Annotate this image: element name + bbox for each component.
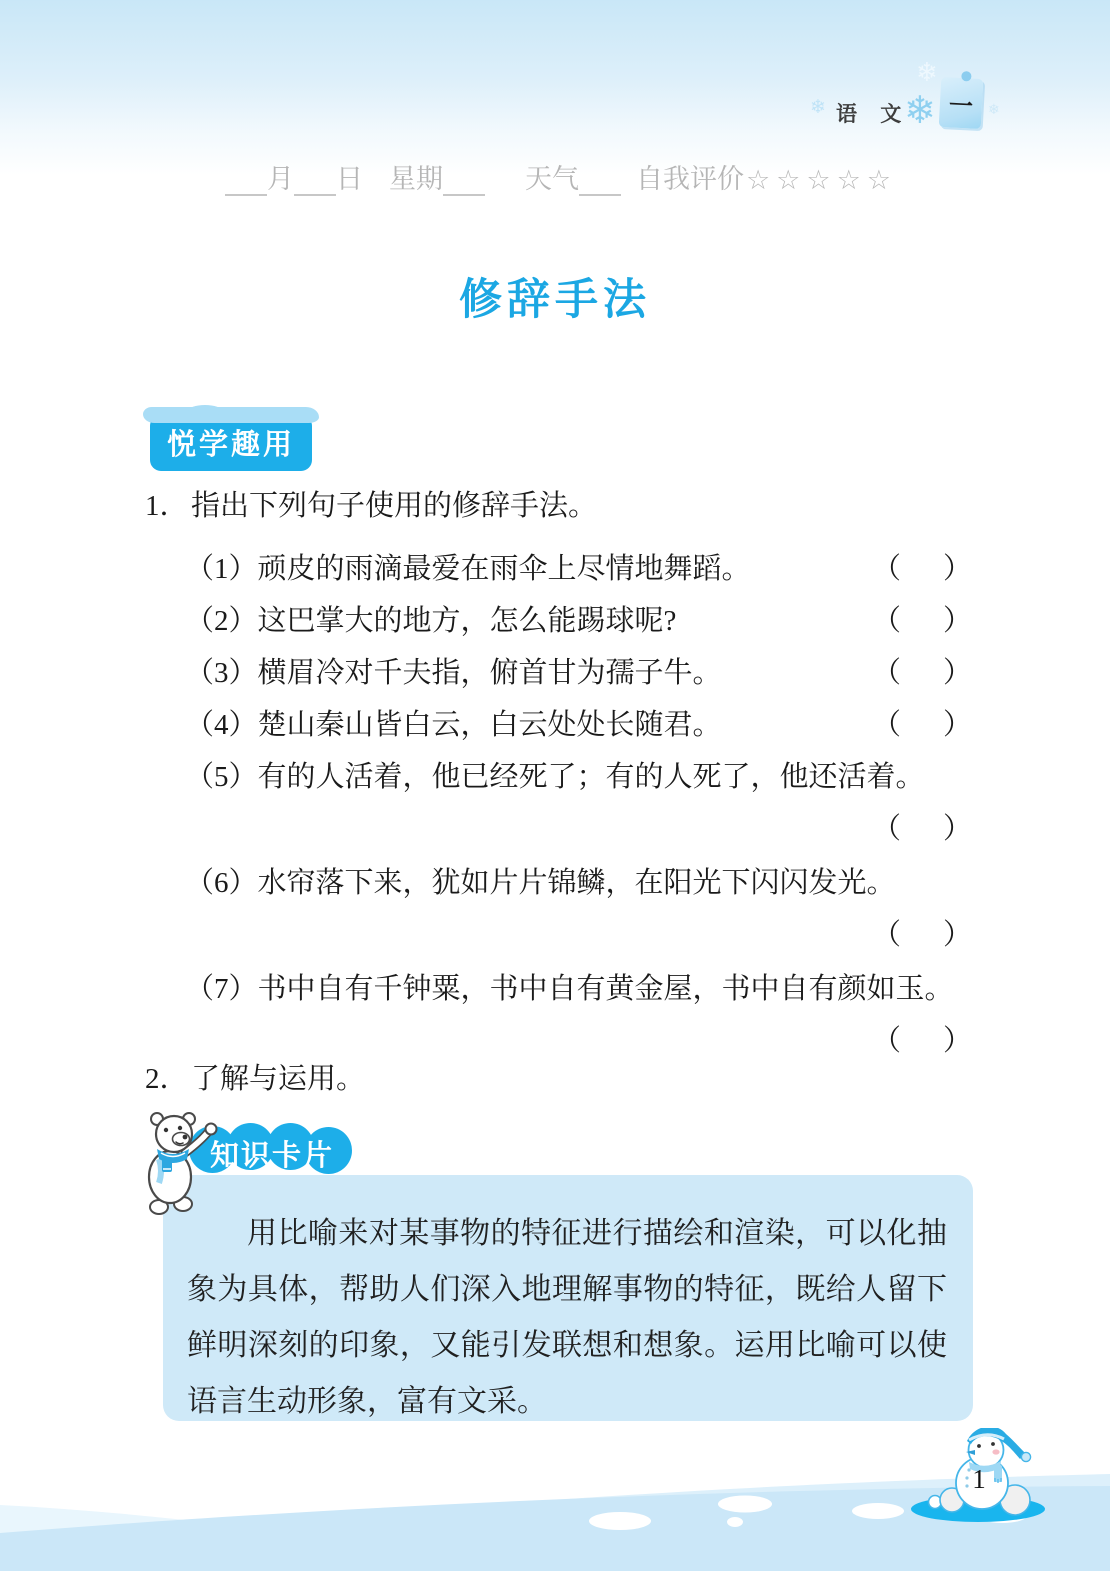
exercise-item: （5） 有的人活着，他已经死了；有的人死了，他还活着。: [185, 759, 972, 796]
page-title: 修辞手法: [0, 266, 1110, 327]
item-label: （2）: [185, 603, 258, 640]
close-paren: ）: [943, 551, 972, 588]
answer-blank: （）: [872, 655, 972, 692]
close-paren: ）: [943, 917, 972, 954]
open-paren: （: [872, 811, 901, 848]
question-prompt: 指出下列句子使用的修辞手法。: [191, 483, 597, 524]
item-label: （6）: [185, 865, 258, 902]
exercise-item: （6） 水帘落下来，犹如片片锦鳞，在阳光下闪闪发光。: [185, 865, 972, 902]
answer-blank: （）: [872, 603, 972, 640]
subject-label: 语 文: [836, 98, 910, 128]
close-paren: ）: [943, 655, 972, 692]
item-label: （3）: [185, 655, 258, 692]
knowledge-card-body: 用比喻来对某事物的特征进行描绘和渲染，可以化抽象为具体，帮助人们深入地理解事物的…: [163, 1175, 973, 1421]
answer-blank: （）: [872, 707, 972, 744]
answer-row: （）: [185, 1023, 972, 1060]
item-text: 书中自有千钟粟，书中自有黄金屋，书中自有颜如玉。: [258, 971, 972, 1008]
item-text: 有的人活着，他已经死了；有的人死了，他还活着。: [258, 759, 972, 796]
answer-blank: （）: [872, 551, 972, 588]
week-number: 一: [948, 85, 974, 121]
knowledge-card-text: 用比喻来对某事物的特征进行描绘和渲染，可以化抽象为具体，帮助人们深入地理解事物的…: [187, 1206, 947, 1430]
item-label: （5）: [185, 759, 258, 796]
self-eval-label: 自我评价: [636, 157, 744, 196]
exercise-item: （1） 顽皮的雨滴最爱在雨伞上尽情地舞蹈。 （）: [185, 551, 972, 588]
open-paren: （: [872, 655, 901, 692]
item-text: 这巴掌大的地方，怎么能踢球呢?: [258, 603, 872, 640]
item-text: 楚山秦山皆白云，白云处处长随君。: [258, 707, 872, 744]
open-paren: （: [872, 707, 901, 744]
item-text: 水帘落下来，犹如片片锦鳞，在阳光下闪闪发光。: [258, 865, 972, 902]
question-1-head: 1． 指出下列句子使用的修辞手法。: [145, 483, 972, 524]
blank-weather: [579, 169, 621, 196]
question-prompt: 了解与运用。: [191, 1056, 365, 1097]
self-evaluation: 自我评价 ☆☆☆☆☆: [636, 157, 897, 196]
section-badge: 悦学趣用: [150, 415, 312, 471]
blank-month: [225, 169, 267, 196]
question-1: 1． 指出下列句子使用的修辞手法。 （1） 顽皮的雨滴最爱在雨伞上尽情地舞蹈。 …: [145, 483, 972, 1077]
item-label: （4）: [185, 707, 258, 744]
rating-stars: ☆☆☆☆☆: [746, 165, 897, 196]
exercise-item: （2） 这巴掌大的地方，怎么能踢球呢? （）: [185, 603, 972, 640]
close-paren: ）: [943, 707, 972, 744]
month-label: 月: [267, 157, 294, 196]
item-text: 横眉冷对千夫指，俯首甘为孺子牛。: [258, 655, 872, 692]
open-paren: （: [872, 1023, 901, 1060]
blank-weekday: [443, 169, 485, 196]
blank-day: [294, 169, 336, 196]
item-label: （7）: [185, 971, 258, 1008]
knowledge-card: 用比喻来对某事物的特征进行描绘和渲染，可以化抽象为具体，帮助人们深入地理解事物的…: [133, 1105, 978, 1425]
exercise-item: （4） 楚山秦山皆白云，白云处处长随君。 （）: [185, 707, 972, 744]
question-number: 2．: [145, 1056, 191, 1097]
exercise-item: （3） 横眉冷对千夫指，俯首甘为孺子牛。 （）: [185, 655, 972, 692]
answer-blank: （）: [872, 917, 972, 954]
snowflake-icon: ❄: [916, 58, 938, 88]
knowledge-card-label-text: 知识卡片: [189, 1133, 355, 1174]
answer-blank: （）: [872, 811, 972, 848]
open-paren: （: [872, 917, 901, 954]
page-number: 1: [966, 1464, 992, 1495]
subject-tag: ❄ ❄ 语 文 ❄ 一 ❄: [808, 70, 1018, 140]
day-label: 日: [336, 157, 363, 196]
item-text: 顽皮的雨滴最爱在雨伞上尽情地舞蹈。: [258, 551, 872, 588]
item-label: （1）: [185, 551, 258, 588]
snowflake-icon: ❄: [988, 102, 1000, 119]
dateline: 月 日 星期 天气 自我评价 ☆☆☆☆☆: [225, 160, 897, 196]
question-number: 1．: [145, 483, 191, 524]
answer-row: （）: [185, 917, 972, 954]
open-paren: （: [872, 603, 901, 640]
weekday-label: 星期: [389, 157, 443, 196]
weather-label: 天气: [525, 157, 579, 196]
answer-row: （）: [185, 811, 972, 848]
snowflake-icon: ❄: [904, 88, 936, 133]
close-paren: ）: [943, 811, 972, 848]
pin-icon: [961, 71, 972, 82]
section-badge-label: 悦学趣用: [167, 429, 295, 461]
workbook-page: ❄ ❄ 语 文 ❄ 一 ❄ 月 日 星期 天气 自我评价 ☆☆☆☆☆ 修辞手法 …: [0, 0, 1110, 1571]
question-2-head: 2． 了解与运用。: [145, 1056, 972, 1097]
exercise-item: （7） 书中自有千钟粟，书中自有黄金屋，书中自有颜如玉。: [185, 971, 972, 1008]
open-paren: （: [872, 551, 901, 588]
week-tab-note: 一: [939, 77, 984, 129]
answer-blank: （）: [872, 1023, 972, 1060]
close-paren: ）: [943, 1023, 972, 1060]
close-paren: ）: [943, 603, 972, 640]
question-1-items: （1） 顽皮的雨滴最爱在雨伞上尽情地舞蹈。 （） （2） 这巴掌大的地方，怎么能…: [145, 551, 972, 1060]
snowflake-icon: ❄: [810, 96, 826, 119]
